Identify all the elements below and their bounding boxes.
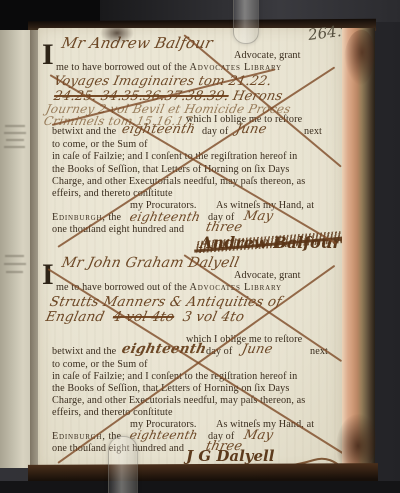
background-bottom bbox=[0, 481, 400, 493]
printed-failzie-1: in caſe of Failzie; and I conſent to the… bbox=[52, 151, 297, 162]
printed-borrowed-line: me to have borrowed out of the Advocates… bbox=[56, 282, 282, 293]
due-day-entry2: eighteenth bbox=[122, 341, 206, 357]
page-number: 264. bbox=[307, 22, 342, 44]
printed-betwixt: betwixt and the bbox=[52, 346, 116, 357]
signed-month-entry2: May bbox=[244, 428, 273, 443]
printed-betwixt: betwixt and the bbox=[52, 126, 116, 137]
ghost-text-mark bbox=[5, 255, 24, 257]
ghost-text-mark bbox=[5, 125, 25, 127]
printed-failzie-3: Charge, and other Executorials needful, … bbox=[52, 176, 305, 187]
printed-advocate-grant: Advocate, grant bbox=[234, 270, 301, 281]
printed-failzie-4: effeirs, and thereto conſtitute bbox=[52, 188, 173, 199]
drop-cap-initial: I bbox=[42, 262, 54, 288]
book-fore-edge bbox=[342, 28, 375, 472]
signature-entry1-scratched: Andrew Balfour bbox=[200, 233, 341, 252]
ghost-text-mark bbox=[4, 263, 26, 265]
ghost-text-mark bbox=[4, 146, 25, 148]
book-title-pre: England bbox=[44, 309, 106, 325]
printed-advocate-grant: Advocate, grant bbox=[234, 50, 301, 61]
printed-failzie-2: the Books of Seſſion, that Letters of Ho… bbox=[52, 383, 289, 394]
printed-sum-line: to come, or the Sum of bbox=[52, 359, 148, 370]
page-holder-strip-bottom bbox=[108, 436, 138, 493]
book-format: 3 vol 4to bbox=[182, 309, 247, 325]
struck-format: 4 vol 4to bbox=[112, 309, 177, 325]
ghost-text-mark bbox=[4, 132, 26, 134]
signed-day-entry2: eighteenth bbox=[130, 428, 198, 442]
ledger-page: 264. I Mr Andrew Balfour Advocate, grant… bbox=[38, 28, 342, 470]
signed-day-entry1: eighteenth bbox=[130, 209, 200, 224]
borrower-name-entry2: Mr John Graham Dalyell bbox=[62, 255, 239, 271]
borrower-name-entry1: Mr Andrew Balfour bbox=[62, 34, 213, 52]
printed-sum-line: to come, or the Sum of bbox=[52, 139, 148, 150]
printed-failzie-4: effeirs, and thereto conſtitute bbox=[52, 407, 173, 418]
signed-month-entry1: May bbox=[244, 209, 273, 224]
ghost-text-mark bbox=[6, 271, 23, 273]
drop-cap-initial: I bbox=[42, 42, 54, 68]
book-title-line2-entry2: England 4 vol 4to 3 vol 4to bbox=[46, 309, 245, 325]
page-holder-strip-top bbox=[233, 0, 259, 44]
borrowed-prefix: me to have borrowed out of the bbox=[56, 62, 187, 73]
printed-year-prefix: one thouſand eight hundred and bbox=[52, 224, 184, 235]
due-month-entry2: June bbox=[242, 342, 272, 357]
printed-next: next bbox=[304, 126, 322, 137]
ghost-text-mark bbox=[6, 139, 24, 141]
printed-day-of: day of bbox=[202, 126, 228, 137]
printed-borrowed-line: me to have borrowed out of the Advocates… bbox=[56, 62, 282, 73]
photo-of-register-page: 264. I Mr Andrew Balfour Advocate, grant… bbox=[0, 0, 400, 493]
